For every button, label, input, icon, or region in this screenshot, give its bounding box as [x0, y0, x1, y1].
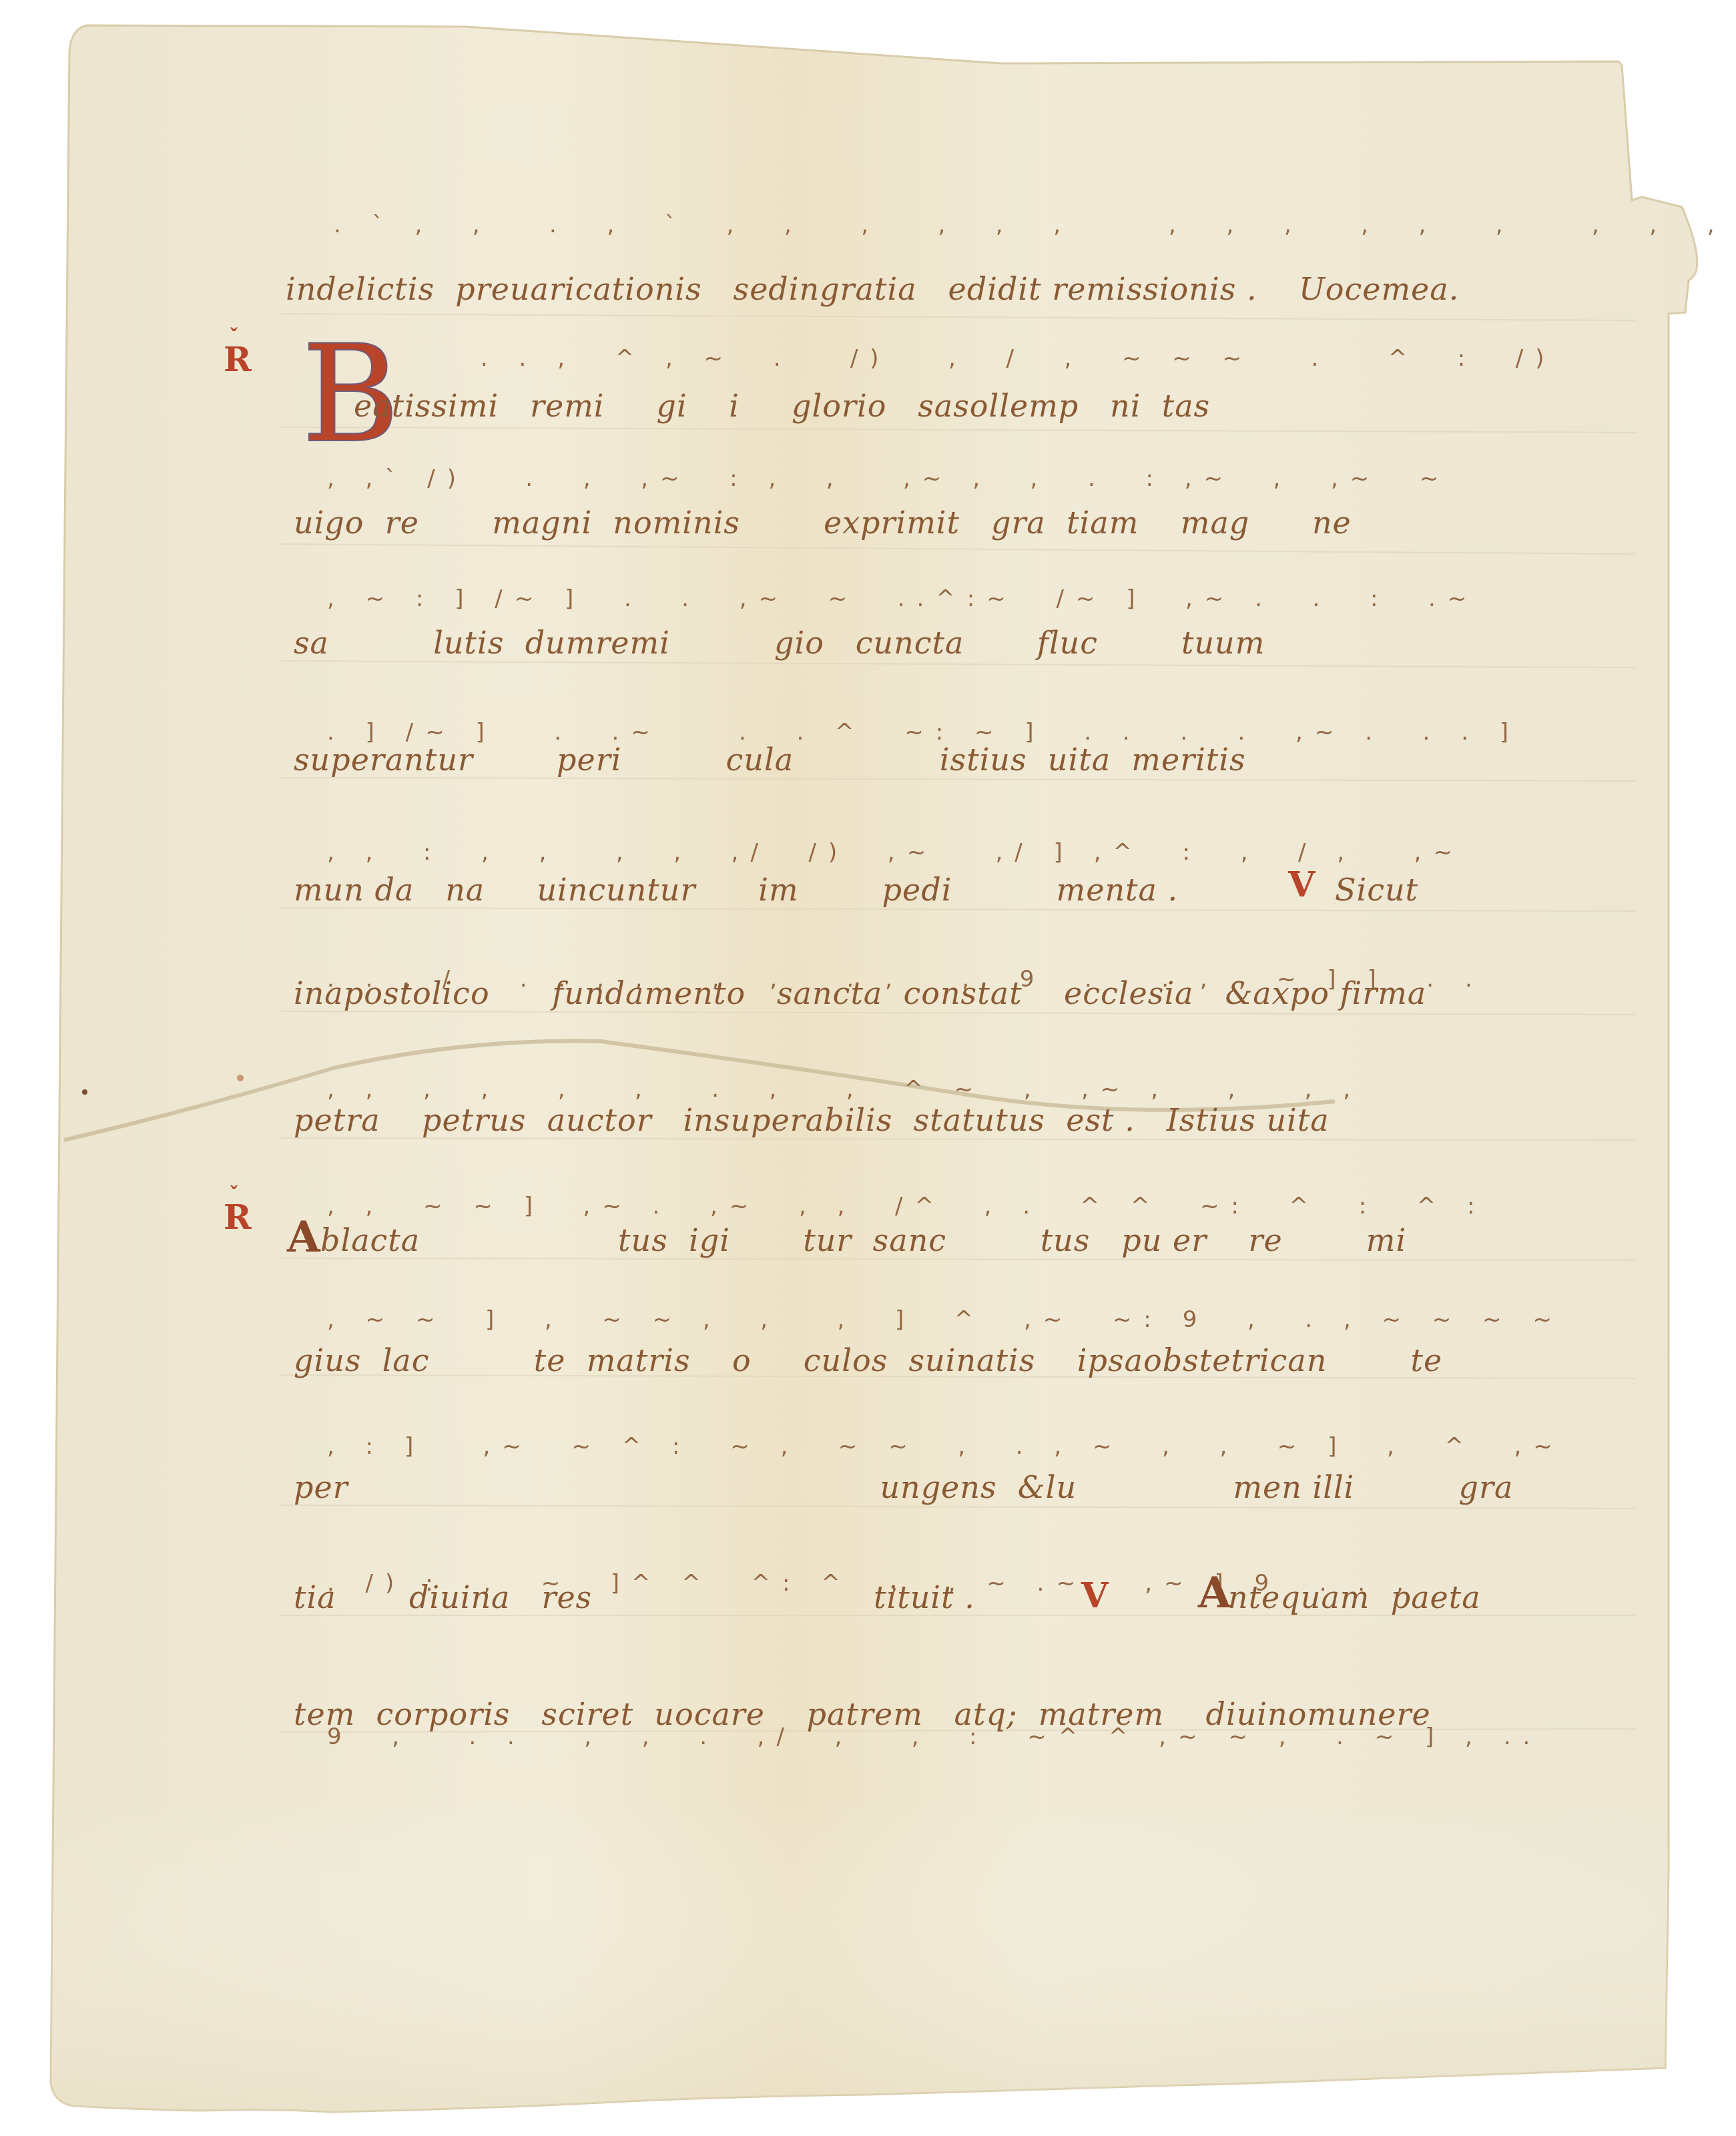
responsory-marker-2: ˇ R [224, 1185, 252, 1234]
text-line-12-antequam: ntequam paeta [1228, 1582, 1481, 1613]
neume-row-10: , ~ ~ ] , ~ ~ , , , ] ^ ,~ ~: 9 , . , ~ … [327, 1308, 1564, 1331]
neume-row-4: , ~ : ] /~ ] . . ,~ ~ ..^:~ /~ ] ,~ . . … [327, 587, 1478, 610]
text-line-10: gius lac te matris o culos suinatis ipsa… [294, 1345, 1442, 1376]
neume-row-3: , ,` /) . , ,~ : , , ,~ , , . : ,~ , ,~ … [327, 467, 1450, 490]
text-line-8: petra petrus auctor insuperabilis statut… [294, 1105, 1330, 1135]
responsory-marker-1: ˇ R [224, 327, 252, 376]
initial-a-ablacta: A [287, 1216, 321, 1259]
text-line-3: uigo re magni nominis exprimit gra tiam … [294, 507, 1352, 538]
neume-row-5: . ] /~ ] . .~ . . ^ ~: ~ ] . . . . ,~ . … [327, 721, 1520, 744]
manuscript-page: ˇ R B . ` , , . , ` , , , , , , , , , , … [0, 0, 1736, 2136]
text-line-6-sicut: Sicut [1335, 874, 1418, 905]
neume-row-8: , , , , , , . , , ^ ~ , ,~ , , , , [327, 1078, 1362, 1101]
verse-marker-2: V [1081, 1579, 1108, 1613]
neume-row-11: , : ] ,~ ~ ^ : ~ , ~ ~ , . , ~ , , ~ ] ,… [327, 1435, 1564, 1458]
text-line-11: per ungens &lu men illi gra [294, 1472, 1513, 1503]
neume-row-1: . ` , , . , ` , , , , , , , , , , , , , … [334, 214, 1736, 236]
neume-row-9: , , ~ ~ ] ,~ . ,~ , , /^ , . ^ ^ ~: ^ : … [327, 1195, 1486, 1218]
text-line-13: tem corporis sciret uocare patrem atq; m… [294, 1699, 1431, 1729]
text-line-1: indelictis preuaricationis sedingratia e… [286, 274, 1459, 304]
parchment-leaf [0, 0, 1736, 2136]
text-line-4: sa lutis dumremi gio cuncta fluc tuum [294, 627, 1265, 658]
neume-row-6: , , : , , , , ,/ /) ,~ ,/ ] ,^ : , / , ,… [327, 841, 1464, 864]
text-line-6: mun da na uincuntur im pedi menta . [294, 874, 1178, 905]
verse-marker-1: V [1288, 868, 1315, 902]
text-line-7: inapostolico fundamento sancta constat e… [294, 978, 1426, 1009]
initial-a-antequam: A [1198, 1572, 1232, 1615]
text-line-5: superantur peri cula istius uita meritis [294, 744, 1246, 775]
neume-row-2: . . , ^ , ~ . /) , / , ~ ~ ~ . ^ : /) [481, 347, 1556, 370]
text-line-12: tia diuina res tituit . [294, 1582, 975, 1613]
text-line-9: blacta tus igi tur sanc tus pu er re mi [320, 1225, 1406, 1256]
text-line-2: eatissimi remi gi i glorio sasollemp ni … [354, 390, 1210, 421]
